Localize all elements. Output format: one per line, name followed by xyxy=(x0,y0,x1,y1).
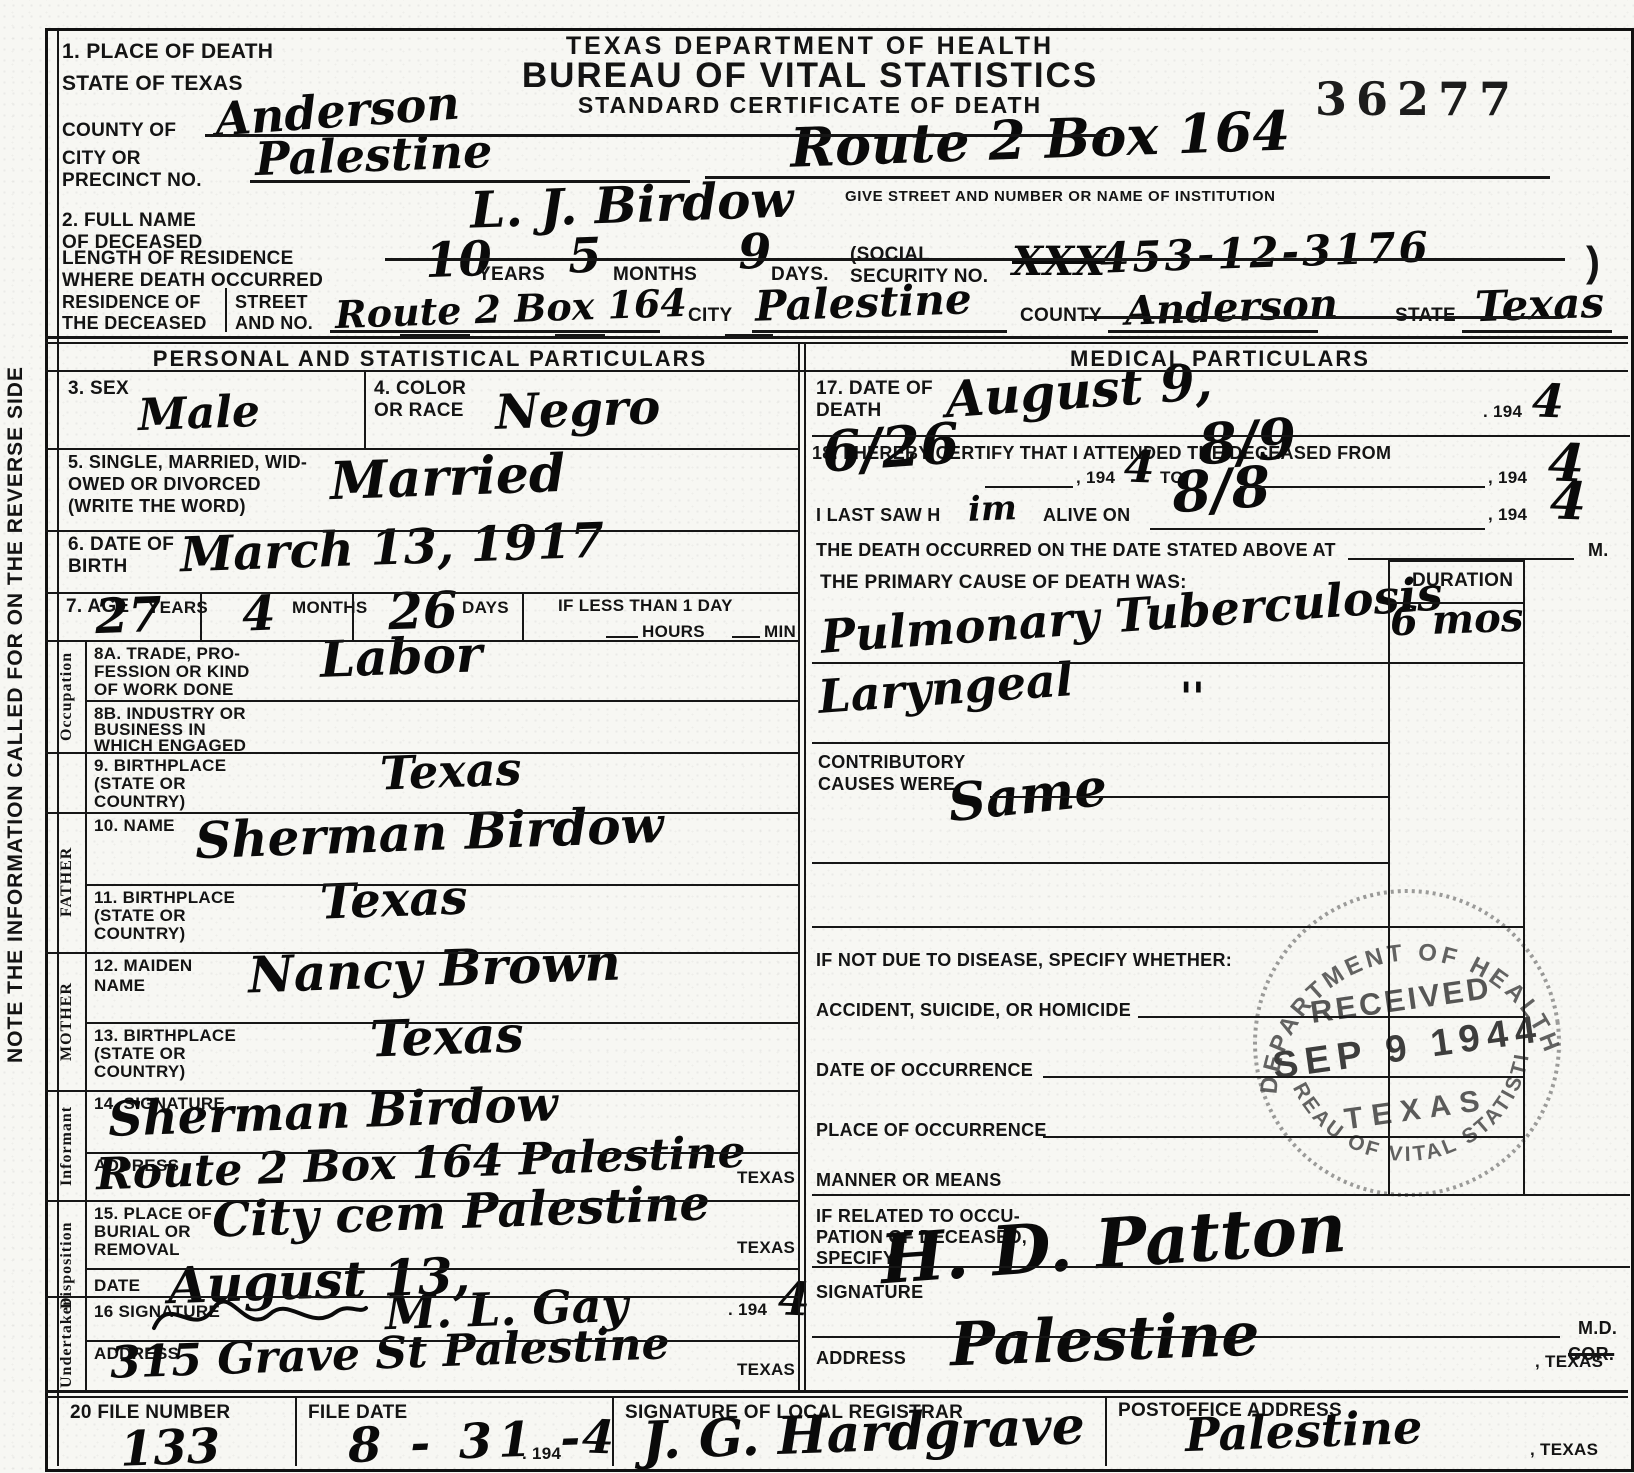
rule-line xyxy=(1105,1396,1107,1466)
burial-texas-label: TEXAS xyxy=(737,1238,795,1258)
rule-line xyxy=(812,1266,1630,1268)
burial-year-printed: . 194 xyxy=(728,1300,767,1320)
lastsaw-year-handwritten: 4 xyxy=(1549,475,1587,528)
primary-cause-duration: 6 mos xyxy=(1389,598,1524,643)
rule-line xyxy=(1108,330,1318,333)
rule-line xyxy=(705,176,1550,179)
length-res-label-2: WHERE DEATH OCCURRED xyxy=(62,270,323,292)
contributory-label-1: CONTRIBUTORY xyxy=(818,752,966,773)
residence-of-label-1: RESIDENCE OF xyxy=(62,292,201,313)
rule-line xyxy=(1388,602,1523,604)
father-side-label: FATHER xyxy=(58,822,76,942)
place-of-occurrence-label: PLACE OF OCCURRENCE xyxy=(816,1120,1047,1141)
residence-city-label: CITY xyxy=(688,305,732,327)
rule-line xyxy=(45,1090,800,1092)
color-value: Negro xyxy=(494,383,661,437)
rule-line xyxy=(87,1022,800,1024)
ssn-value: 453-12-3176 xyxy=(1099,226,1431,280)
rule-line xyxy=(804,344,806,1390)
rule-line xyxy=(1043,1076,1523,1078)
trade-label-3: OF WORK DONE xyxy=(94,680,234,700)
physician-address-value: Palestine xyxy=(949,1305,1260,1376)
rule-line xyxy=(364,372,366,448)
dob-label-2: BIRTH xyxy=(68,556,128,578)
mother-bp-value: Texas xyxy=(369,1009,524,1064)
rule-line xyxy=(45,1296,800,1298)
residence-county-value: Anderson xyxy=(1124,284,1338,331)
marital-label-3: (WRITE THE WORD) xyxy=(68,496,246,517)
residence-street-value: Route 2 Box 164 xyxy=(334,284,687,334)
rule-line xyxy=(1523,560,1525,1194)
age-years-value: 27 xyxy=(94,591,162,641)
street-caption: GIVE STREET AND NUMBER OR NAME OF INSTIT… xyxy=(845,188,1276,205)
marital-label-2: OWED OR DIVORCED xyxy=(68,474,261,495)
dob-value: March 13, 1917 xyxy=(179,517,605,580)
rule-line xyxy=(87,700,800,702)
rule-line xyxy=(85,640,87,1390)
rule-line xyxy=(812,742,1388,744)
sex-label: 3. SEX xyxy=(68,378,129,400)
place-of-death-label: 1. PLACE OF DEATH xyxy=(62,40,273,64)
mother-bp-label-3: COUNTRY) xyxy=(94,1062,185,1082)
rule-line xyxy=(812,1336,1560,1338)
from-year-handwritten: 4 xyxy=(1123,445,1155,490)
rule-line xyxy=(45,1200,800,1202)
rule-line xyxy=(330,330,660,333)
burial-label-1: 15. PLACE OF xyxy=(94,1204,212,1224)
street-no-label-2: AND NO. xyxy=(235,313,313,334)
birthplace-label-2: (STATE OR xyxy=(94,774,186,794)
last-saw-label-2: ALIVE ON xyxy=(1043,505,1130,526)
rule-line xyxy=(352,592,354,640)
age-months-value: 4 xyxy=(241,589,276,638)
if-less-than-day-label: IF LESS THAN 1 DAY xyxy=(558,596,733,616)
rule-line xyxy=(295,1396,297,1466)
ssn-struck-digits: XXX xyxy=(1012,242,1105,282)
rule-line xyxy=(812,662,1523,664)
rule-line xyxy=(205,134,1110,137)
rule-line xyxy=(1388,560,1523,562)
father-bp-label-3: COUNTRY) xyxy=(94,924,185,944)
trade-value: Labor xyxy=(319,629,483,685)
rule-line xyxy=(990,796,1388,798)
rule-line xyxy=(45,752,800,754)
rule-line xyxy=(45,592,800,594)
rule-line xyxy=(45,336,1628,339)
hours-label: HOURS xyxy=(642,622,705,642)
ssn-label-1: (SOCIAL xyxy=(850,244,930,266)
birthplace-label-1: 9. BIRTHPLACE xyxy=(94,756,226,776)
contributory-label-2: CAUSES WERE xyxy=(818,774,955,795)
rule-line xyxy=(1150,528,1485,530)
rule-line xyxy=(812,1194,1630,1196)
burial-label-2: BURIAL OR xyxy=(94,1222,191,1242)
informant-side-label: Informant xyxy=(58,1096,76,1196)
sex-value: Male xyxy=(137,390,260,438)
file-date-year-printed: . 194 xyxy=(522,1444,561,1464)
color-label-2: OR RACE xyxy=(374,400,464,422)
rule-line xyxy=(87,1340,800,1342)
rule-line xyxy=(385,258,1565,261)
length-res-label-1: LENGTH OF RESIDENCE xyxy=(62,248,294,270)
rule-line xyxy=(752,330,1007,333)
dod-year-printed: . 194 xyxy=(1483,402,1522,422)
informant-texas-label: TEXAS xyxy=(737,1168,795,1188)
undertaker-side-label: Undertaker xyxy=(58,1300,76,1388)
date-of-death-label-1: 17. DATE OF xyxy=(816,378,933,400)
physician-address-label: ADDRESS xyxy=(816,1348,906,1369)
rule-line xyxy=(1043,1136,1523,1138)
occupation-side-label: Occupation xyxy=(58,646,76,746)
margin-note: NOTE THE INFORMATION CALLED FOR ON THE R… xyxy=(4,290,28,1140)
death-certificate-scan: NOTE THE INFORMATION CALLED FOR ON THE R… xyxy=(0,0,1634,1473)
age-months-label: MONTHS xyxy=(292,598,367,618)
street-value: Route 2 Box 164 xyxy=(789,103,1291,174)
last-saw-him-handwritten: im xyxy=(967,491,1017,527)
accident-suicide-label: ACCIDENT, SUICIDE, OR HOMICIDE xyxy=(816,1000,1131,1021)
father-bp-value: Texas xyxy=(319,873,468,926)
father-name-label: 10. NAME xyxy=(94,816,175,836)
trade-label-2: FESSION OR KIND xyxy=(94,662,250,682)
attended-from-value: 6/26 xyxy=(820,415,961,480)
postoffice-texas-label: , TEXAS xyxy=(1530,1440,1598,1460)
rule-line xyxy=(1240,486,1485,488)
last-saw-date-value: 8/8 xyxy=(1170,459,1272,522)
marital-value: Married xyxy=(329,448,566,508)
registrar-signature-value: J. G. Hardgrave xyxy=(641,1400,1085,1467)
maiden-label-1: 12. MAIDEN xyxy=(94,956,192,976)
rule-line xyxy=(45,342,1628,344)
mother-bp-label-2: (STATE OR xyxy=(94,1044,186,1064)
rule-line xyxy=(87,884,800,886)
maiden-label-2: NAME xyxy=(94,976,145,996)
county-of-label: COUNTY OF xyxy=(62,120,176,142)
rule-line xyxy=(732,636,760,638)
trade-label-1: 8A. TRADE, PRO- xyxy=(94,644,240,664)
father-bp-label-1: 11. BIRTHPLACE xyxy=(94,888,235,908)
rule-line xyxy=(45,448,800,450)
rule-line xyxy=(522,592,524,640)
rule-line xyxy=(45,1390,1628,1393)
rule-line xyxy=(1085,316,1560,319)
rule-line xyxy=(612,1396,614,1466)
city-or-label: CITY OR xyxy=(62,148,141,170)
residence-city-value: Palestine xyxy=(754,278,972,328)
file-date-year-handwritten: 4 xyxy=(581,1413,615,1460)
rule-line xyxy=(1138,1016,1523,1018)
father-name-value: Sherman Birdow xyxy=(194,800,664,866)
undertaker-texas-label: TEXAS xyxy=(737,1360,795,1380)
physician-texas-label: , TEXAS xyxy=(1535,1352,1603,1372)
precinct-no-label: PRECINCT NO. xyxy=(62,170,202,192)
rule-line xyxy=(812,862,1388,864)
rule-line xyxy=(45,952,800,954)
father-bp-label-2: (STATE OR xyxy=(94,906,186,926)
rule-line xyxy=(87,1268,800,1270)
marital-label-1: 5. SINGLE, MARRIED, WID- xyxy=(68,452,307,473)
res-months-value: 5 xyxy=(567,231,602,280)
rule-line xyxy=(225,288,227,332)
to-year-printed: , 194 xyxy=(1488,468,1527,488)
mother-side-label: MOTHER xyxy=(58,962,76,1082)
md-label: M.D. xyxy=(1578,1318,1617,1339)
full-name-label-1: 2. FULL NAME xyxy=(62,210,196,232)
rule-line xyxy=(250,180,690,183)
postoffice-value: Palestine xyxy=(1184,1404,1423,1458)
years-label: YEARS xyxy=(478,264,545,286)
rule-line xyxy=(87,1152,800,1154)
rule-line xyxy=(45,1396,1628,1398)
dod-year-handwritten: 4 xyxy=(1531,377,1565,424)
last-saw-label-1: I LAST SAW H xyxy=(816,505,941,526)
rule-line xyxy=(45,640,800,642)
burial-date-label: DATE xyxy=(94,1276,140,1296)
res-days-value: 9 xyxy=(737,227,772,276)
date-of-occurrence-label: DATE OF OCCURRENCE xyxy=(816,1060,1033,1081)
if-not-disease-label: IF NOT DUE TO DISEASE, SPECIFY WHETHER: xyxy=(816,950,1232,971)
header-bureau: BUREAU OF VITAL STATISTICS xyxy=(420,56,1200,96)
residence-state-value: Texas xyxy=(1474,282,1604,328)
min-label: MIN xyxy=(764,622,796,642)
color-label-1: 4. COLOR xyxy=(374,378,466,400)
rule-line xyxy=(798,344,800,1390)
mother-bp-label-1: 13. BIRTHPLACE xyxy=(94,1026,236,1046)
from-year-printed: , 194 xyxy=(1076,468,1115,488)
rule-line xyxy=(57,30,59,1466)
rule-line xyxy=(200,592,202,640)
rule-line xyxy=(812,926,1523,928)
rule-line xyxy=(45,370,1628,372)
occurred-m-label: M. xyxy=(1588,540,1609,561)
personal-section-header: PERSONAL AND STATISTICAL PARTICULARS xyxy=(110,346,750,372)
death-occurred-label: THE DEATH OCCURRED ON THE DATE STATED AB… xyxy=(816,540,1336,561)
lastsaw-year-printed: , 194 xyxy=(1488,505,1527,525)
rule-line xyxy=(606,636,638,638)
age-days-label: DAYS xyxy=(462,598,509,618)
secondary-cause-ditto: '' xyxy=(1180,678,1205,718)
rule-line xyxy=(985,486,1073,488)
residence-of-label-2: THE DECEASED xyxy=(62,313,207,334)
street-no-label-1: STREET xyxy=(235,292,308,313)
rule-line xyxy=(45,812,800,814)
maiden-value: Nancy Brown xyxy=(247,938,621,1001)
rule-line xyxy=(45,530,800,532)
rule-line xyxy=(1462,330,1612,333)
rule-line xyxy=(1388,560,1390,1194)
file-number-value: 133 xyxy=(119,1422,221,1473)
dob-label-1: 6. DATE OF xyxy=(68,534,174,556)
certificate-number: 36277 xyxy=(1315,72,1520,126)
received-stamp: DEPARTMENT OF HEALTH BUREAU OF VITAL STA… xyxy=(1221,857,1594,1230)
birthplace-label-3: COUNTRY) xyxy=(94,792,185,812)
manner-or-means-label: MANNER OR MEANS xyxy=(816,1170,1002,1191)
rule-line xyxy=(812,435,1630,437)
